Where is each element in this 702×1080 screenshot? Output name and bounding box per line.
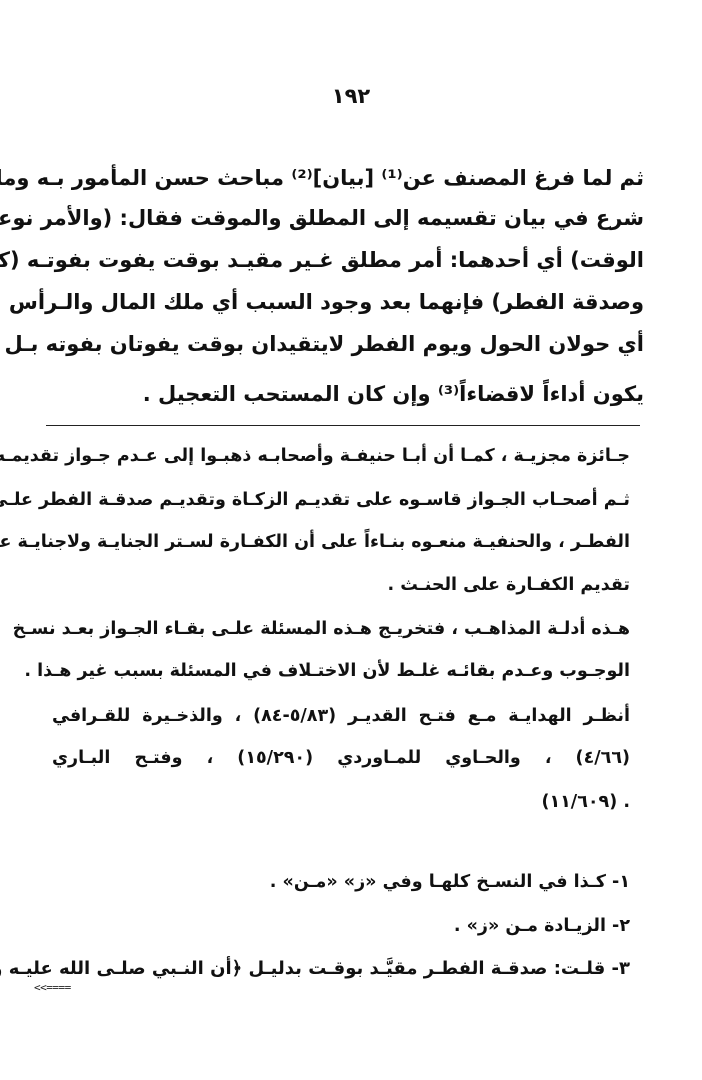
main-text-line-1: ثم لما فرغ المصنف عن⁽¹⁾ [بيان]⁽²⁾ مباحث …: [104, 160, 644, 196]
footnote-2: ٢- الزيـادة مـن «ز» .: [454, 910, 630, 942]
main-text-line-6: يكون أداءاً لاقضاءاً⁽³⁾ وإن كان المستحب …: [50, 376, 644, 412]
footnote-continuation-line-1: جـائزة مجزيـة ، كمـا أن أبـا حنيفـة وأصح…: [52, 440, 630, 472]
footnote-continuation-line-7: أنظـر الهدايـة مـع فتـح القديـر (٥/٨٣-٨٤…: [52, 700, 630, 732]
footnote-separator: [46, 425, 640, 426]
footnote-3: ٣- قلـت: صدقـة الفطـر مقيَّـد بوقـت بدلي…: [20, 953, 630, 985]
main-text-line-5: أي حولان الحول ويوم الفطر لايتقيدان بوقت…: [50, 326, 644, 362]
footnote-continuation-line-4: تقديم الكفـارة على الحنـث .: [52, 569, 630, 601]
footnote-1: ١- كـذا في النسـخ كلهـا وفي «ز» «مـن» .: [270, 866, 630, 898]
page-number: ١٩٢: [0, 84, 702, 108]
main-text-line-3: الوقت) أي أحدهما: أمر مطلق غـير مقيـد بو…: [50, 242, 644, 278]
continuation-marker: <<====: [34, 981, 71, 994]
main-text-line-2: شرع في بيان تقسيمه إلى المطلق والموقت فق…: [50, 200, 644, 236]
main-text-line-4: وصدقة الفطر) فإنهما بعد وجود السبب أي مل…: [50, 284, 644, 320]
footnote-continuation-line-6: الوجـوب وعـدم بقائـه غلـط لأن الاختـلاف …: [52, 655, 630, 687]
footnote-continuation-line-9: (١١/٦٠٩) .: [52, 786, 630, 818]
footnote-continuation-line-2: ثـم أصحـاب الجـواز قاسـوه على تقديـم الز…: [52, 484, 630, 516]
book-page: ١٩٢ ثم لما فرغ المصنف عن⁽¹⁾ [بيان]⁽²⁾ مب…: [0, 0, 702, 1080]
footnote-continuation-line-8: (٤/٦٦) ، والحـاوي للمـاوردي (١٥/٢٩٠) ، و…: [52, 742, 630, 774]
footnote-continuation-line-3: الفطـر ، والحنفيـة منعـوه بنـاءاً على أن…: [52, 526, 630, 558]
footnote-continuation-line-5: هـذه أدلـة المذاهـب ، فتخريـج هـذه المسئ…: [52, 613, 630, 645]
